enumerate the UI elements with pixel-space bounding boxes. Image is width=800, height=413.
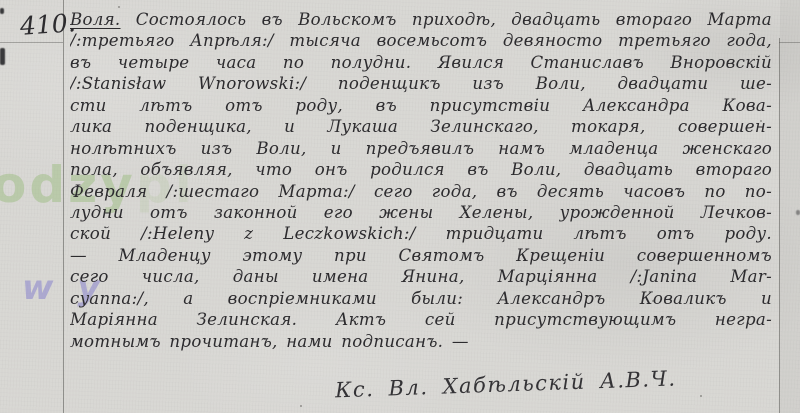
paper-speck xyxy=(300,405,302,407)
record-line-2: /:третьяго Апрѣля:/ тысяча восемьсотъ де… xyxy=(70,30,772,51)
paper-speck xyxy=(760,120,762,122)
right-edge-shading xyxy=(780,0,800,413)
place-name: Воля. xyxy=(70,10,121,29)
scanned-record-page: odzypl wy 410. Воля. Состоялось въ Вольс… xyxy=(0,0,800,413)
record-text-block: Воля. Состоялось въ Вольскомъ приходѣ, д… xyxy=(70,9,772,352)
record-line-6: лика поденщика, и Лукаша Зелинскаго, ток… xyxy=(70,116,772,137)
record-line-10: лудни отъ законной его жены Хелены, урож… xyxy=(70,202,772,223)
record-line-1: Воля. Состоялось въ Вольскомъ приходѣ, д… xyxy=(70,9,772,30)
record-line-7: нолѣтнихъ изъ Воли, и предъявилъ намъ мл… xyxy=(70,138,772,159)
paper-speck xyxy=(700,395,702,397)
record-line-1-text: Состоялось въ Вольскомъ приходѣ, двадцат… xyxy=(136,10,772,29)
edge-smudge xyxy=(796,210,800,215)
record-line-15: Маріянна Зелинская. Актъ сей присутствую… xyxy=(70,309,772,330)
record-line-12: — Младенцу этому при Святомъ Крещеніи со… xyxy=(70,245,772,266)
record-line-4: /:Stanisław Wnorowski:/ поденщикъ изъ Во… xyxy=(70,73,772,94)
left-margin-rule-line xyxy=(63,0,64,413)
record-line-8: пола, объявляя, что онъ родился въ Воли,… xyxy=(70,159,772,180)
top-left-rule-line xyxy=(0,42,63,43)
record-line-14: cyanna:/, а воспріемниками были: Алексан… xyxy=(70,288,772,309)
record-line-3: въ четыре часа по полудни. Явился Станис… xyxy=(70,52,772,73)
edge-smudge xyxy=(0,48,5,65)
record-number: 410. xyxy=(19,8,77,41)
paper-speck xyxy=(652,300,654,302)
record-line-13: сего числа, даны имена Янина, Марціянна … xyxy=(70,266,772,287)
record-line-16: мотнымъ прочитанъ, нами подписанъ. — xyxy=(70,331,772,352)
record-line-11: ской /:Heleny z Leczkowskich:/ тридцати … xyxy=(70,223,772,244)
record-line-5: сти лѣтъ отъ роду, въ присутствіи Алекса… xyxy=(70,95,772,116)
record-line-9: Февраля /:шестаго Марта:/ сего года, въ … xyxy=(70,181,772,202)
edge-smudge xyxy=(0,8,4,14)
priest-signature: Кс. Вл. Хабѣльскій А.В.Ч. xyxy=(335,364,756,403)
paper-speck xyxy=(118,6,120,8)
